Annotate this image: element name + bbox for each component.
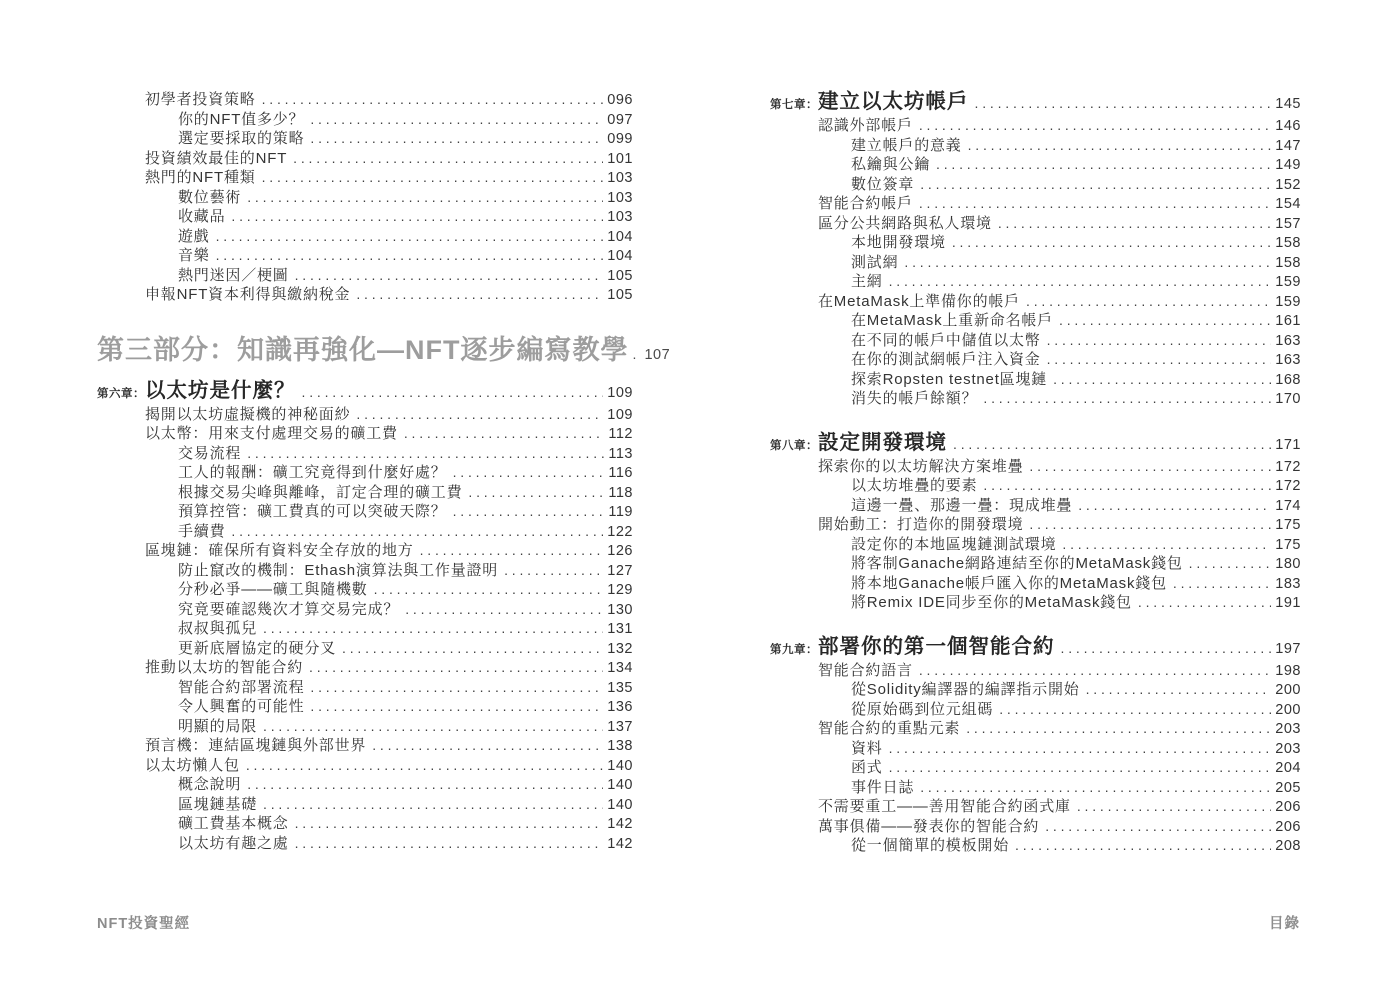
toc-page-number: 152 [1275, 176, 1301, 196]
toc-entry-title: 智能合約帳戶 [818, 194, 913, 214]
toc-entry: 主網159 [770, 272, 1301, 292]
toc-page-number: 203 [1275, 720, 1301, 740]
toc-entry-title: 分秒必爭——礦工與隨機數 [178, 580, 368, 600]
toc-entry: 令人興奮的可能性136 [97, 697, 633, 717]
toc-page-number: 206 [1275, 818, 1301, 838]
toc-entry: 這邊一疊、那邊一疊：現成堆疊174 [770, 496, 1301, 516]
toc-page-number: 132 [607, 640, 633, 660]
toc-entry-title: 推動以太坊的智能合約 [145, 658, 303, 678]
toc-entry: 交易流程113 [97, 444, 633, 464]
toc-page-number: 129 [607, 581, 633, 601]
toc-page-number: 157 [1275, 215, 1301, 235]
toc-entry-title: 更新底層協定的硬分叉 [178, 639, 336, 659]
toc-entry-title: 從Solidity編譯器的編譯指示開始 [851, 680, 1080, 700]
toc-entry-title: 音樂 [178, 246, 210, 266]
dot-leader [262, 168, 604, 188]
toc-page-number: 159 [1275, 273, 1301, 293]
dot-leader [293, 149, 603, 169]
toc-page-number: 198 [1275, 662, 1301, 682]
toc-entry: 智能合約帳戶154 [770, 194, 1301, 214]
toc-entry: 以太坊有趣之處142 [97, 834, 633, 854]
dot-leader [889, 739, 1272, 759]
toc-page-number: 135 [607, 679, 633, 699]
toc-entry: 從Solidity編譯器的編譯指示開始200 [770, 680, 1301, 700]
dot-leader [216, 227, 604, 247]
dot-leader [374, 580, 604, 600]
toc-page-number: 104 [607, 247, 633, 267]
toc-entry-title: 揭開以太坊虛擬機的神秘面紗 [145, 405, 350, 425]
chapter-heading: 第七章：建立以太坊帳戶145 [770, 88, 1301, 116]
toc-page-number: 105 [607, 286, 633, 306]
chapter-heading: 第六章：以太坊是什麼？109 [97, 377, 633, 405]
toc-entry: 事件日誌205 [770, 778, 1301, 798]
toc-entry-title: 申報NFT資本利得與繳納稅金 [145, 285, 350, 305]
chapter-title: 以太坊是什麼？ [145, 377, 296, 405]
dot-leader [247, 188, 603, 208]
dot-leader [1062, 535, 1271, 555]
toc-entry-title: 區塊鏈：確保所有資料安全存放的地方 [145, 541, 414, 561]
toc-entry: 熱門的NFT種類103 [97, 168, 633, 188]
toc-entry: 推動以太坊的智能合約134 [97, 658, 633, 678]
toc-page-number: 118 [608, 484, 633, 504]
chapter-page-number: 197 [1275, 635, 1301, 663]
toc-page-number: 112 [608, 425, 633, 445]
toc-page-number: 149 [1275, 156, 1301, 176]
toc-entry-title: 令人興奮的可能性 [178, 697, 304, 717]
toc-entry: 測試網158 [770, 253, 1301, 273]
toc-entry: 智能合約的重點元素203 [770, 719, 1301, 739]
toc-entry: 分秒必爭——礦工與隨機數129 [97, 580, 633, 600]
toc-entry: 將本地Ganache帳戶匯入你的MetaMask錢包183 [770, 574, 1301, 594]
toc-entry-title: 本地開發環境 [851, 233, 946, 253]
toc-entry: 究竟要確認幾次才算交易完成？130 [97, 600, 633, 620]
toc-entry-title: 概念說明 [178, 775, 241, 795]
dot-leader [1047, 350, 1272, 370]
toc-page-number: 138 [607, 737, 633, 757]
dot-leader [966, 719, 1271, 739]
toc-entry: 資料203 [770, 739, 1301, 759]
toc-entry: 以太坊懶人包140 [97, 756, 633, 776]
toc-entry-title: 在你的測試網帳戶注入資金 [851, 350, 1041, 370]
toc-entry-title: 數位簽章 [851, 175, 914, 195]
toc-page-number: 127 [607, 562, 633, 582]
toc-page-number: 142 [607, 835, 633, 855]
toc-entry-title: 函式 [851, 758, 883, 778]
dot-leader [453, 463, 605, 483]
toc-entry: 手續費122 [97, 522, 633, 542]
dot-leader [1138, 593, 1271, 613]
chapter-title: 建立以太坊帳戶 [818, 88, 969, 116]
toc-entry-title: 智能合約的重點元素 [818, 719, 960, 739]
dot-leader [453, 502, 605, 522]
toc-entry: 明顯的局限137 [97, 717, 633, 737]
toc-page-number: 096 [607, 91, 633, 111]
toc-entry-title: 探索你的以太坊解決方案堆疊 [818, 457, 1023, 477]
toc-page-number: 119 [608, 503, 633, 523]
dot-leader [1189, 554, 1272, 574]
toc-entry: 萬事俱備——發表你的智能合約206 [770, 817, 1301, 837]
toc-page-number: 205 [1275, 779, 1301, 799]
dot-leader [632, 335, 640, 373]
toc-entry-title: 防止竄改的機制：Ethash演算法與工作量證明 [178, 561, 498, 581]
toc-entry: 以太幣：用來支付處理交易的礦工費112 [97, 424, 633, 444]
dot-leader [468, 483, 604, 503]
toc-entry: 根據交易尖峰與離峰，訂定合理的礦工費118 [97, 483, 633, 503]
chapter-heading: 第八章：設定開發環境171 [770, 429, 1301, 457]
toc-entry-title: 智能合約部署流程 [178, 678, 304, 698]
toc-entry: 在不同的帳戶中儲值以太幣163 [770, 331, 1301, 351]
toc-page-number: 175 [1275, 516, 1301, 536]
toc-entry: 投資績效最佳的NFT101 [97, 149, 633, 169]
toc-entry: 區分公共網路與私人環境157 [770, 214, 1301, 234]
chapter-label: 第六章： [97, 380, 145, 408]
toc-entry-title: 究竟要確認幾次才算交易完成？ [178, 600, 399, 620]
toc-page-number: 208 [1275, 837, 1301, 857]
toc-entry: 礦工費基本概念142 [97, 814, 633, 834]
toc-entry-title: 預算控管：礦工費真的可以突破天際？ [178, 502, 447, 522]
toc-entry: 探索Ropsten testnet區塊鏈168 [770, 370, 1301, 390]
toc-entry: 智能合約語言198 [770, 661, 1301, 681]
dot-leader [1047, 331, 1272, 351]
toc-page-number: 172 [1275, 477, 1301, 497]
toc-entry-title: 資料 [851, 739, 883, 759]
toc-entry-title: 探索Ropsten testnet區塊鏈 [851, 370, 1047, 390]
dot-leader [920, 175, 1271, 195]
dot-leader [310, 129, 603, 149]
toc-entry-title: 你的NFT值多少？ [178, 110, 304, 130]
dot-leader [1061, 634, 1272, 662]
footer-section-title: 目錄 [1269, 912, 1300, 933]
toc-entry-title: 選定要採取的策略 [178, 129, 304, 149]
toc-entry-title: 將本地Ganache帳戶匯入你的MetaMask錢包 [851, 574, 1167, 594]
toc-page-number: 103 [607, 189, 633, 209]
dot-leader [231, 522, 603, 542]
toc-entry: 開始動工：打造你的開發環境175 [770, 515, 1301, 535]
toc-entry: 音樂104 [97, 246, 633, 266]
toc-page-number: 163 [1275, 351, 1301, 371]
toc-entry: 不需要重工——善用智能合約函式庫206 [770, 797, 1301, 817]
toc-entry: 概念說明140 [97, 775, 633, 795]
dot-leader [998, 214, 1271, 234]
toc-page-number: 191 [1275, 594, 1301, 614]
toc-entry: 遊戲104 [97, 227, 633, 247]
toc-page-number: 168 [1275, 371, 1301, 391]
toc-entry: 初學者投資策略096 [97, 90, 633, 110]
toc-page-number: 109 [607, 406, 633, 426]
toc-entry-title: 測試網 [851, 253, 898, 273]
chapter-label: 第九章： [770, 636, 818, 664]
toc-page-number: 204 [1275, 759, 1301, 779]
toc-page-number: 170 [1275, 390, 1301, 410]
dot-leader [1015, 836, 1271, 856]
toc-entry-title: 萬事俱備——發表你的智能合約 [818, 817, 1039, 837]
toc-entry-title: 認識外部帳戶 [818, 116, 913, 136]
toc-entry-title: 礦工費基本概念 [178, 814, 289, 834]
toc-right-page: 第七章：建立以太坊帳戶145認識外部帳戶146建立帳戶的意義147私鑰與公鑰14… [770, 88, 1301, 856]
toc-entry-title: 在不同的帳戶中儲值以太幣 [851, 331, 1041, 351]
dot-leader [309, 658, 603, 678]
toc-entry: 在MetaMask上準備你的帳戶159 [770, 292, 1301, 312]
dot-leader [1053, 370, 1271, 390]
toc-entry-title: 區分公共網路與私人環境 [818, 214, 992, 234]
dot-leader [983, 476, 1271, 496]
dot-leader [1173, 574, 1271, 594]
footer-book-title: NFT投資聖經 [97, 912, 190, 933]
dot-leader [889, 272, 1272, 292]
toc-page-number: 103 [607, 169, 633, 189]
dot-leader [1077, 797, 1271, 817]
toc-page-number: 126 [607, 542, 633, 562]
toc-page-number: 200 [1275, 701, 1301, 721]
dot-leader [310, 110, 603, 130]
chapter-page-number: 109 [607, 379, 633, 407]
toc-page-number: 154 [1275, 195, 1301, 215]
toc-page-number: 142 [607, 815, 633, 835]
dot-leader [968, 136, 1272, 156]
toc-entry: 在MetaMask上重新命名帳戶161 [770, 311, 1301, 331]
dot-leader [295, 814, 604, 834]
toc-page-number: 097 [607, 111, 633, 131]
toc-entry-title: 在MetaMask上準備你的帳戶 [818, 292, 1020, 312]
toc-entry-title: 從一個簡單的模板開始 [851, 836, 1009, 856]
toc-page-number: 203 [1275, 740, 1301, 760]
toc-entry-title: 以太坊堆疊的要素 [851, 476, 977, 496]
toc-entry-title: 設定你的本地區塊鏈測試環境 [851, 535, 1056, 555]
toc-page-number: 136 [607, 698, 633, 718]
toc-entry-title: 在MetaMask上重新命名帳戶 [851, 311, 1053, 331]
toc-entry: 數位藝術103 [97, 188, 633, 208]
toc-entry: 函式204 [770, 758, 1301, 778]
toc-entry-title: 事件日誌 [851, 778, 914, 798]
dot-leader [999, 700, 1271, 720]
toc-entry: 防止竄改的機制：Ethash演算法與工作量證明127 [97, 561, 633, 581]
toc-entry-title: 區塊鏈基礎 [178, 795, 257, 815]
toc-entry: 預言機：連結區塊鏈與外部世界138 [97, 736, 633, 756]
toc-entry: 私鑰與公鑰149 [770, 155, 1301, 175]
toc-entry: 更新底層協定的硬分叉132 [97, 639, 633, 659]
dot-leader [356, 285, 603, 305]
toc-entry: 工人的報酬：礦工究竟得到什麼好處？116 [97, 463, 633, 483]
toc-entry: 認識外部帳戶146 [770, 116, 1301, 136]
dot-leader [404, 424, 605, 444]
toc-page-number: 159 [1275, 293, 1301, 313]
part-page-number: 107 [644, 336, 670, 374]
dot-leader [1045, 817, 1271, 837]
toc-entry: 將Remix IDE同步至你的MetaMask錢包191 [770, 593, 1301, 613]
dot-leader [310, 697, 603, 717]
toc-entry-title: 這邊一疊、那邊一疊：現成堆疊 [851, 496, 1072, 516]
dot-leader [936, 155, 1271, 175]
toc-entry: 將客制Ganache網路連結至你的MetaMask錢包180 [770, 554, 1301, 574]
dot-leader [952, 233, 1271, 253]
toc-entry: 消失的帳戶餘額？170 [770, 389, 1301, 409]
dot-leader [1026, 292, 1271, 312]
toc-page-number: 161 [1275, 312, 1301, 332]
toc-page-number: 140 [607, 796, 633, 816]
toc-entry: 智能合約部署流程135 [97, 678, 633, 698]
dot-leader [216, 246, 604, 266]
dot-leader [889, 758, 1272, 778]
toc-page-number: 183 [1275, 575, 1301, 595]
toc-page-number: 140 [607, 776, 633, 796]
toc-page-number: 147 [1275, 137, 1301, 157]
toc-page-number: 113 [608, 445, 633, 465]
chapter-title: 設定開發環境 [818, 429, 947, 457]
dot-leader [263, 619, 603, 639]
toc-entry: 本地開發環境158 [770, 233, 1301, 253]
dot-leader [420, 541, 604, 561]
dot-leader [310, 678, 603, 698]
toc-page-number: 131 [607, 620, 633, 640]
dot-leader [231, 207, 603, 227]
dot-leader [263, 795, 603, 815]
part-title: 第三部分：知識再強化—NFT逐步編寫教學 [97, 331, 628, 369]
toc-entry-title: 開始動工：打造你的開發環境 [818, 515, 1023, 535]
toc-entry-title: 手續費 [178, 522, 225, 542]
dot-leader [405, 600, 603, 620]
toc-entry-title: 私鑰與公鑰 [851, 155, 930, 175]
dot-leader [372, 736, 603, 756]
toc-page-number: 158 [1275, 254, 1301, 274]
dot-leader [983, 389, 1271, 409]
chapter-label: 第八章： [770, 432, 818, 460]
toc-page-number: 104 [607, 228, 633, 248]
toc-entry-title: 交易流程 [178, 444, 241, 464]
part-heading: 第三部分：知識再強化—NFT逐步編寫教學107 [97, 331, 633, 369]
toc-page-number: 172 [1275, 458, 1301, 478]
dot-leader [247, 775, 603, 795]
toc-entry-title: 建立帳戶的意義 [851, 136, 962, 156]
toc-page-number: 163 [1275, 332, 1301, 352]
dot-leader [262, 90, 604, 110]
dot-leader [342, 639, 603, 659]
toc-page-number: 130 [607, 601, 633, 621]
toc-entry-title: 消失的帳戶餘額？ [851, 389, 977, 409]
dot-leader [1086, 680, 1272, 700]
toc-entry-title: 收藏品 [178, 207, 225, 227]
chapter-heading: 第九章：部署你的第一個智能合約197 [770, 633, 1301, 661]
toc-page-number: 175 [1275, 536, 1301, 556]
toc-page-number: 103 [607, 208, 633, 228]
toc-entry-title: 不需要重工——善用智能合約函式庫 [818, 797, 1071, 817]
toc-entry: 區塊鏈基礎140 [97, 795, 633, 815]
toc-entry: 在你的測試網帳戶注入資金163 [770, 350, 1301, 370]
toc-entry: 收藏品103 [97, 207, 633, 227]
dot-leader [920, 778, 1271, 798]
toc-entry-title: 明顯的局限 [178, 717, 257, 737]
dot-leader [904, 253, 1271, 273]
toc-page-number: 180 [1275, 555, 1301, 575]
toc-page-number: 134 [607, 659, 633, 679]
toc-entry: 從原始碼到位元組碼200 [770, 700, 1301, 720]
toc-entry-title: 智能合約語言 [818, 661, 913, 681]
dot-leader [953, 430, 1271, 458]
toc-entry-title: 將客制Ganache網路連結至你的MetaMask錢包 [851, 554, 1183, 574]
chapter-page-number: 171 [1275, 431, 1301, 459]
dot-leader [1029, 457, 1271, 477]
dot-leader [919, 661, 1271, 681]
toc-entry: 區塊鏈：確保所有資料安全存放的地方126 [97, 541, 633, 561]
toc-entry-title: 預言機：連結區塊鏈與外部世界 [145, 736, 366, 756]
toc-entry-title: 將Remix IDE同步至你的MetaMask錢包 [851, 593, 1132, 613]
toc-entry-title: 熱門迷因／梗圖 [178, 266, 289, 286]
toc-page-number: 101 [607, 150, 633, 170]
dot-leader [302, 378, 604, 406]
toc-entry: 探索你的以太坊解決方案堆疊172 [770, 457, 1301, 477]
dot-leader [1059, 311, 1271, 331]
dot-leader [247, 444, 604, 464]
toc-page-number: 137 [607, 718, 633, 738]
toc-entry-title: 叔叔與孤兒 [178, 619, 257, 639]
toc-page-number: 146 [1275, 117, 1301, 137]
toc-page-number: 099 [607, 130, 633, 150]
toc-entry-title: 以太坊有趣之處 [178, 834, 289, 854]
dot-leader [295, 834, 604, 854]
toc-entry: 叔叔與孤兒131 [97, 619, 633, 639]
dot-leader [504, 561, 603, 581]
toc-left-page: 初學者投資策略096你的NFT值多少？097選定要採取的策略099投資績效最佳的… [97, 90, 633, 853]
toc-page-number: 122 [607, 523, 633, 543]
toc-page-number: 200 [1275, 681, 1301, 701]
toc-entry-title: 主網 [851, 272, 883, 292]
toc-entry-title: 遊戲 [178, 227, 210, 247]
chapter-page-number: 145 [1275, 90, 1301, 118]
dot-leader [1029, 515, 1271, 535]
toc-page-number: 140 [607, 757, 633, 777]
toc-entry: 揭開以太坊虛擬機的神秘面紗109 [97, 405, 633, 425]
toc-entry-title: 投資績效最佳的NFT [145, 149, 287, 169]
dot-leader [356, 405, 603, 425]
toc-page-number: 116 [608, 464, 633, 484]
dot-leader [919, 116, 1271, 136]
toc-entry-title: 根據交易尖峰與離峰，訂定合理的礦工費 [178, 483, 462, 503]
toc-page-number: 105 [607, 267, 633, 287]
toc-entry: 數位簽章152 [770, 175, 1301, 195]
dot-leader [246, 756, 603, 776]
toc-entry-title: 初學者投資策略 [145, 90, 256, 110]
toc-entry: 以太坊堆疊的要素172 [770, 476, 1301, 496]
chapter-label: 第七章： [770, 91, 818, 119]
chapter-title: 部署你的第一個智能合約 [818, 633, 1055, 661]
toc-entry: 預算控管：礦工費真的可以突破天際？119 [97, 502, 633, 522]
toc-entry: 設定你的本地區塊鏈測試環境175 [770, 535, 1301, 555]
dot-leader [263, 717, 603, 737]
dot-leader [295, 266, 604, 286]
toc-entry: 熱門迷因／梗圖105 [97, 266, 633, 286]
toc-page-number: 158 [1275, 234, 1301, 254]
dot-leader [1078, 496, 1271, 516]
toc-entry-title: 數位藝術 [178, 188, 241, 208]
toc-entry-title: 以太坊懶人包 [145, 756, 240, 776]
toc-entry: 你的NFT值多少？097 [97, 110, 633, 130]
toc-page-number: 206 [1275, 798, 1301, 818]
dot-leader [919, 194, 1271, 214]
toc-entry: 申報NFT資本利得與繳納稅金105 [97, 285, 633, 305]
toc-entry: 從一個簡單的模板開始208 [770, 836, 1301, 856]
toc-entry-title: 工人的報酬：礦工究竟得到什麼好處？ [178, 463, 447, 483]
toc-page-number: 174 [1275, 497, 1301, 517]
toc-entry-title: 以太幣：用來支付處理交易的礦工費 [145, 424, 398, 444]
toc-entry-title: 從原始碼到位元組碼 [851, 700, 993, 720]
toc-entry-title: 熱門的NFT種類 [145, 168, 256, 188]
toc-entry: 選定要採取的策略099 [97, 129, 633, 149]
dot-leader [975, 89, 1272, 117]
toc-entry: 建立帳戶的意義147 [770, 136, 1301, 156]
